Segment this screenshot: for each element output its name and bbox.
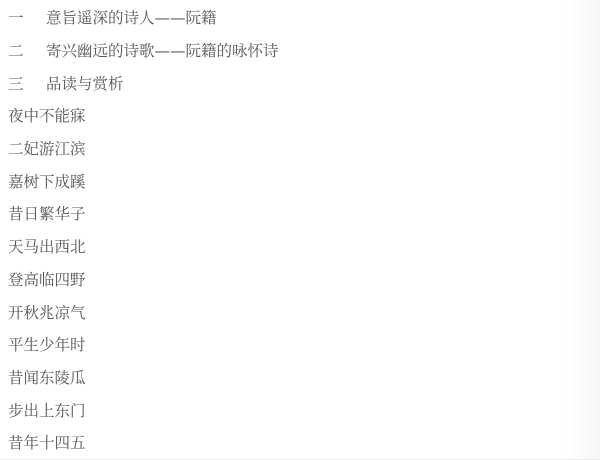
section-number: 一 <box>8 6 46 28</box>
poem-title: 昔年十四五 <box>8 431 86 453</box>
poem-title: 昔日繁华子 <box>8 202 86 224</box>
poem-title: 二妃游江滨 <box>8 137 86 159</box>
poem-title: 天马出西北 <box>8 235 86 257</box>
poem-title-row: 平生少年时 <box>8 328 560 361</box>
poem-title-row: 二妃游江滨 <box>8 132 560 165</box>
section-title: 意旨遥深的诗人——阮籍 <box>46 6 217 28</box>
toc-section-row: 二 寄兴幽远的诗歌——阮籍的咏怀诗 <box>8 34 560 67</box>
poem-title-row: 天马出西北 <box>8 230 560 263</box>
poem-title-row: 登高临四野 <box>8 263 560 296</box>
table-of-contents: 一 意旨遥深的诗人——阮籍 二 寄兴幽远的诗歌——阮籍的咏怀诗 三 品读与赏析 … <box>8 1 560 459</box>
toc-section-row: 三 品读与赏析 <box>8 66 560 99</box>
poem-title: 昔闻东陵瓜 <box>8 366 86 388</box>
section-title: 品读与赏析 <box>46 72 124 94</box>
document-page: 一 意旨遥深的诗人——阮籍 二 寄兴幽远的诗歌——阮籍的咏怀诗 三 品读与赏析 … <box>0 0 600 460</box>
poem-title-row: 昔年十四五 <box>8 426 560 459</box>
poem-title-row: 昔闻东陵瓜 <box>8 361 560 394</box>
poem-title: 登高临四野 <box>8 268 86 290</box>
poem-title-row: 嘉树下成蹊 <box>8 164 560 197</box>
right-edge-shading <box>566 0 600 459</box>
section-number: 二 <box>8 39 46 61</box>
poem-title: 夜中不能寐 <box>8 104 86 126</box>
section-number: 三 <box>8 72 46 94</box>
poem-title: 平生少年时 <box>8 333 86 355</box>
poem-title: 嘉树下成蹊 <box>8 170 86 192</box>
poem-title-row: 开秋兆凉气 <box>8 295 560 328</box>
poem-title-row: 昔日繁华子 <box>8 197 560 230</box>
poem-title-row: 夜中不能寐 <box>8 99 560 132</box>
toc-section-row: 一 意旨遥深的诗人——阮籍 <box>8 1 560 34</box>
poem-title: 步出上东门 <box>8 399 86 421</box>
section-title: 寄兴幽远的诗歌——阮籍的咏怀诗 <box>46 39 279 61</box>
poem-title: 开秋兆凉气 <box>8 301 86 323</box>
poem-title-row: 步出上东门 <box>8 393 560 426</box>
